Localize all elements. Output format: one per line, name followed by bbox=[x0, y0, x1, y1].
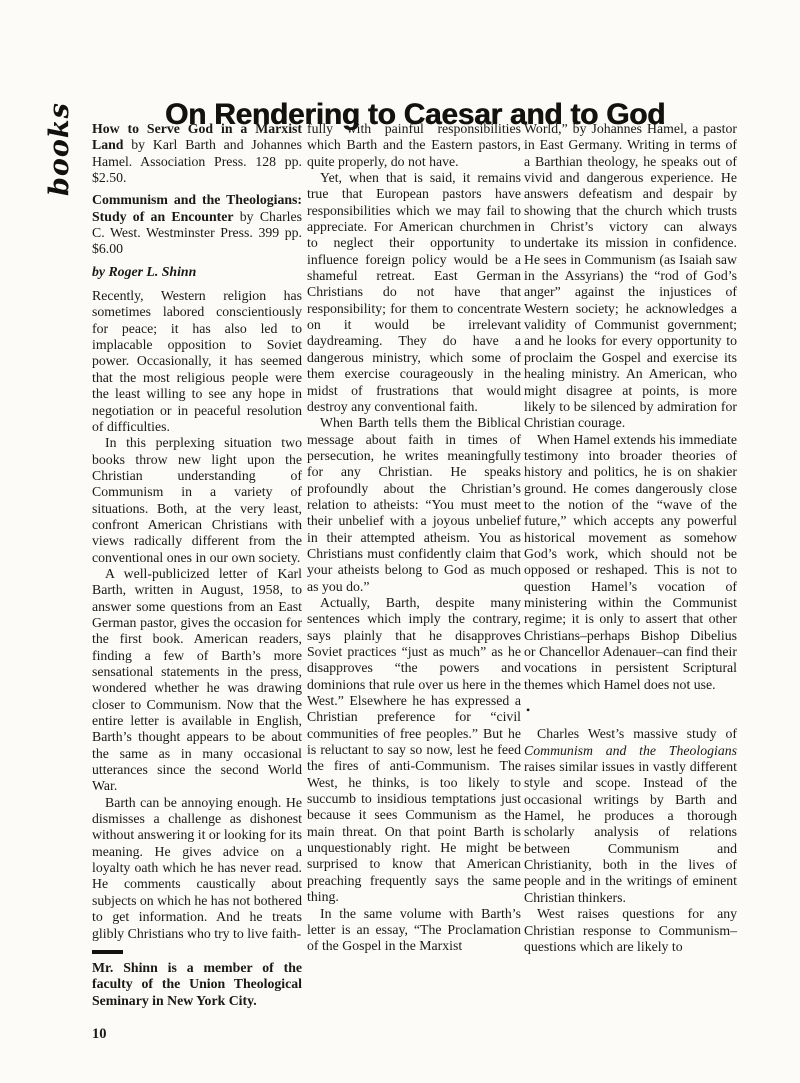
book-citation-1: How to Serve God in a Marxist Land by Ka… bbox=[92, 121, 302, 186]
page-number: 10 bbox=[92, 1026, 302, 1042]
magazine-page: books On Rendering to Caesar and to God … bbox=[0, 0, 800, 1083]
book-details-1: by Karl Barth and Johannes Hamel. Associ… bbox=[92, 137, 302, 185]
paragraph-text: raises similar issues in vastly differen… bbox=[524, 759, 737, 905]
body-paragraph: Yet, when that is said, it remains true … bbox=[307, 170, 521, 415]
body-paragraph: West raises questions for any Christian … bbox=[524, 906, 737, 955]
column-right: World,” by Johannes Hamel, a pastor in E… bbox=[524, 121, 737, 955]
column-middle: fully with painful responsibilities whic… bbox=[307, 121, 521, 955]
body-paragraph: Barth can be annoying enough. He dismiss… bbox=[92, 795, 302, 942]
body-paragraph: A well-publicized letter of Karl Barth, … bbox=[92, 566, 302, 795]
body-paragraph: Charles West’s massive study of Communis… bbox=[524, 726, 737, 906]
body-paragraph-continuation: World,” by Johannes Hamel, a pastor in E… bbox=[524, 121, 737, 432]
footnote: Mr. Shinn is a member of the faculty of … bbox=[92, 960, 302, 1009]
byline: by Roger L. Shinn bbox=[92, 264, 302, 280]
bullet-separator: • bbox=[524, 702, 737, 718]
book-title-italic: Communism and the Theologians bbox=[524, 743, 737, 758]
body-paragraph: When Hamel extends his immediate testimo… bbox=[524, 432, 737, 694]
body-paragraph: In the same volume with Barth’s letter i… bbox=[307, 906, 521, 955]
footnote-divider bbox=[92, 950, 123, 954]
paragraph-text: Charles West’s massive study of bbox=[537, 726, 737, 741]
column-left: How to Serve God in a Marxist Land by Ka… bbox=[92, 121, 302, 1042]
body-paragraph: In this perplexing situation two books t… bbox=[92, 435, 302, 566]
body-paragraph: Recently, Western religion has sometimes… bbox=[92, 288, 302, 435]
body-paragraph: When Barth tells them the Biblical messa… bbox=[307, 415, 521, 595]
body-paragraph-continuation: fully with painful responsibilities whic… bbox=[307, 121, 521, 170]
book-citation-2: Communism and the Theologians: Study of … bbox=[92, 192, 302, 257]
section-label-books: books bbox=[44, 96, 75, 196]
body-paragraph: Actually, Barth, despite many sentences … bbox=[307, 595, 521, 906]
